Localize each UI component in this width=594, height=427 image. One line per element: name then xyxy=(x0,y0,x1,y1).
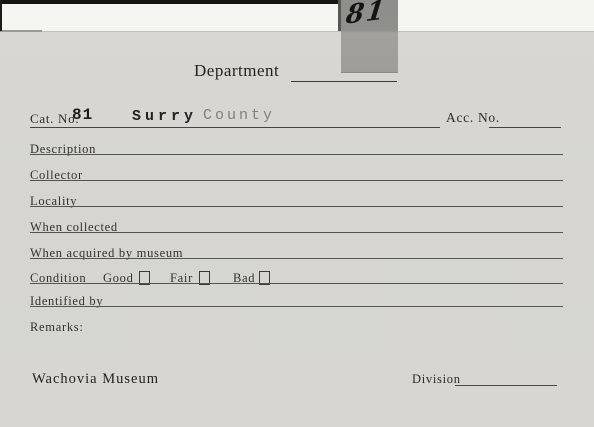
tape-strip: 81 xyxy=(341,0,398,73)
division-label: Division xyxy=(412,372,461,387)
typed-county-name: Surry xyxy=(132,108,197,125)
department-blank-line xyxy=(291,81,397,82)
condition-blank-line xyxy=(30,283,563,284)
when-acquired-blank-line xyxy=(30,258,563,259)
museum-name: Wachovia Museum xyxy=(32,371,159,388)
typed-county-word: County xyxy=(203,107,275,124)
acc-no-label: Acc. No. xyxy=(446,110,500,126)
card-edge-shadow xyxy=(0,30,42,32)
locality-blank-line xyxy=(30,206,563,207)
division-blank-line xyxy=(455,385,557,386)
handwritten-catalog-number: 81 xyxy=(344,0,388,31)
when-collected-blank-line xyxy=(30,232,563,233)
scan-edge-line xyxy=(0,0,2,31)
acc-no-blank-line xyxy=(489,127,561,128)
cat-no-typed-value: 81 xyxy=(72,106,93,124)
collector-blank-line xyxy=(30,180,563,181)
identified-by-blank-line xyxy=(30,306,563,307)
cat-no-blank-line xyxy=(30,127,440,128)
remarks-label: Remarks: xyxy=(30,320,84,335)
department-label: Department xyxy=(194,61,279,81)
scanned-catalog-card: 81 Department Cat. No. 81 Surry County A… xyxy=(0,0,594,427)
description-blank-line xyxy=(30,154,563,155)
scan-edge-bar xyxy=(0,0,342,4)
